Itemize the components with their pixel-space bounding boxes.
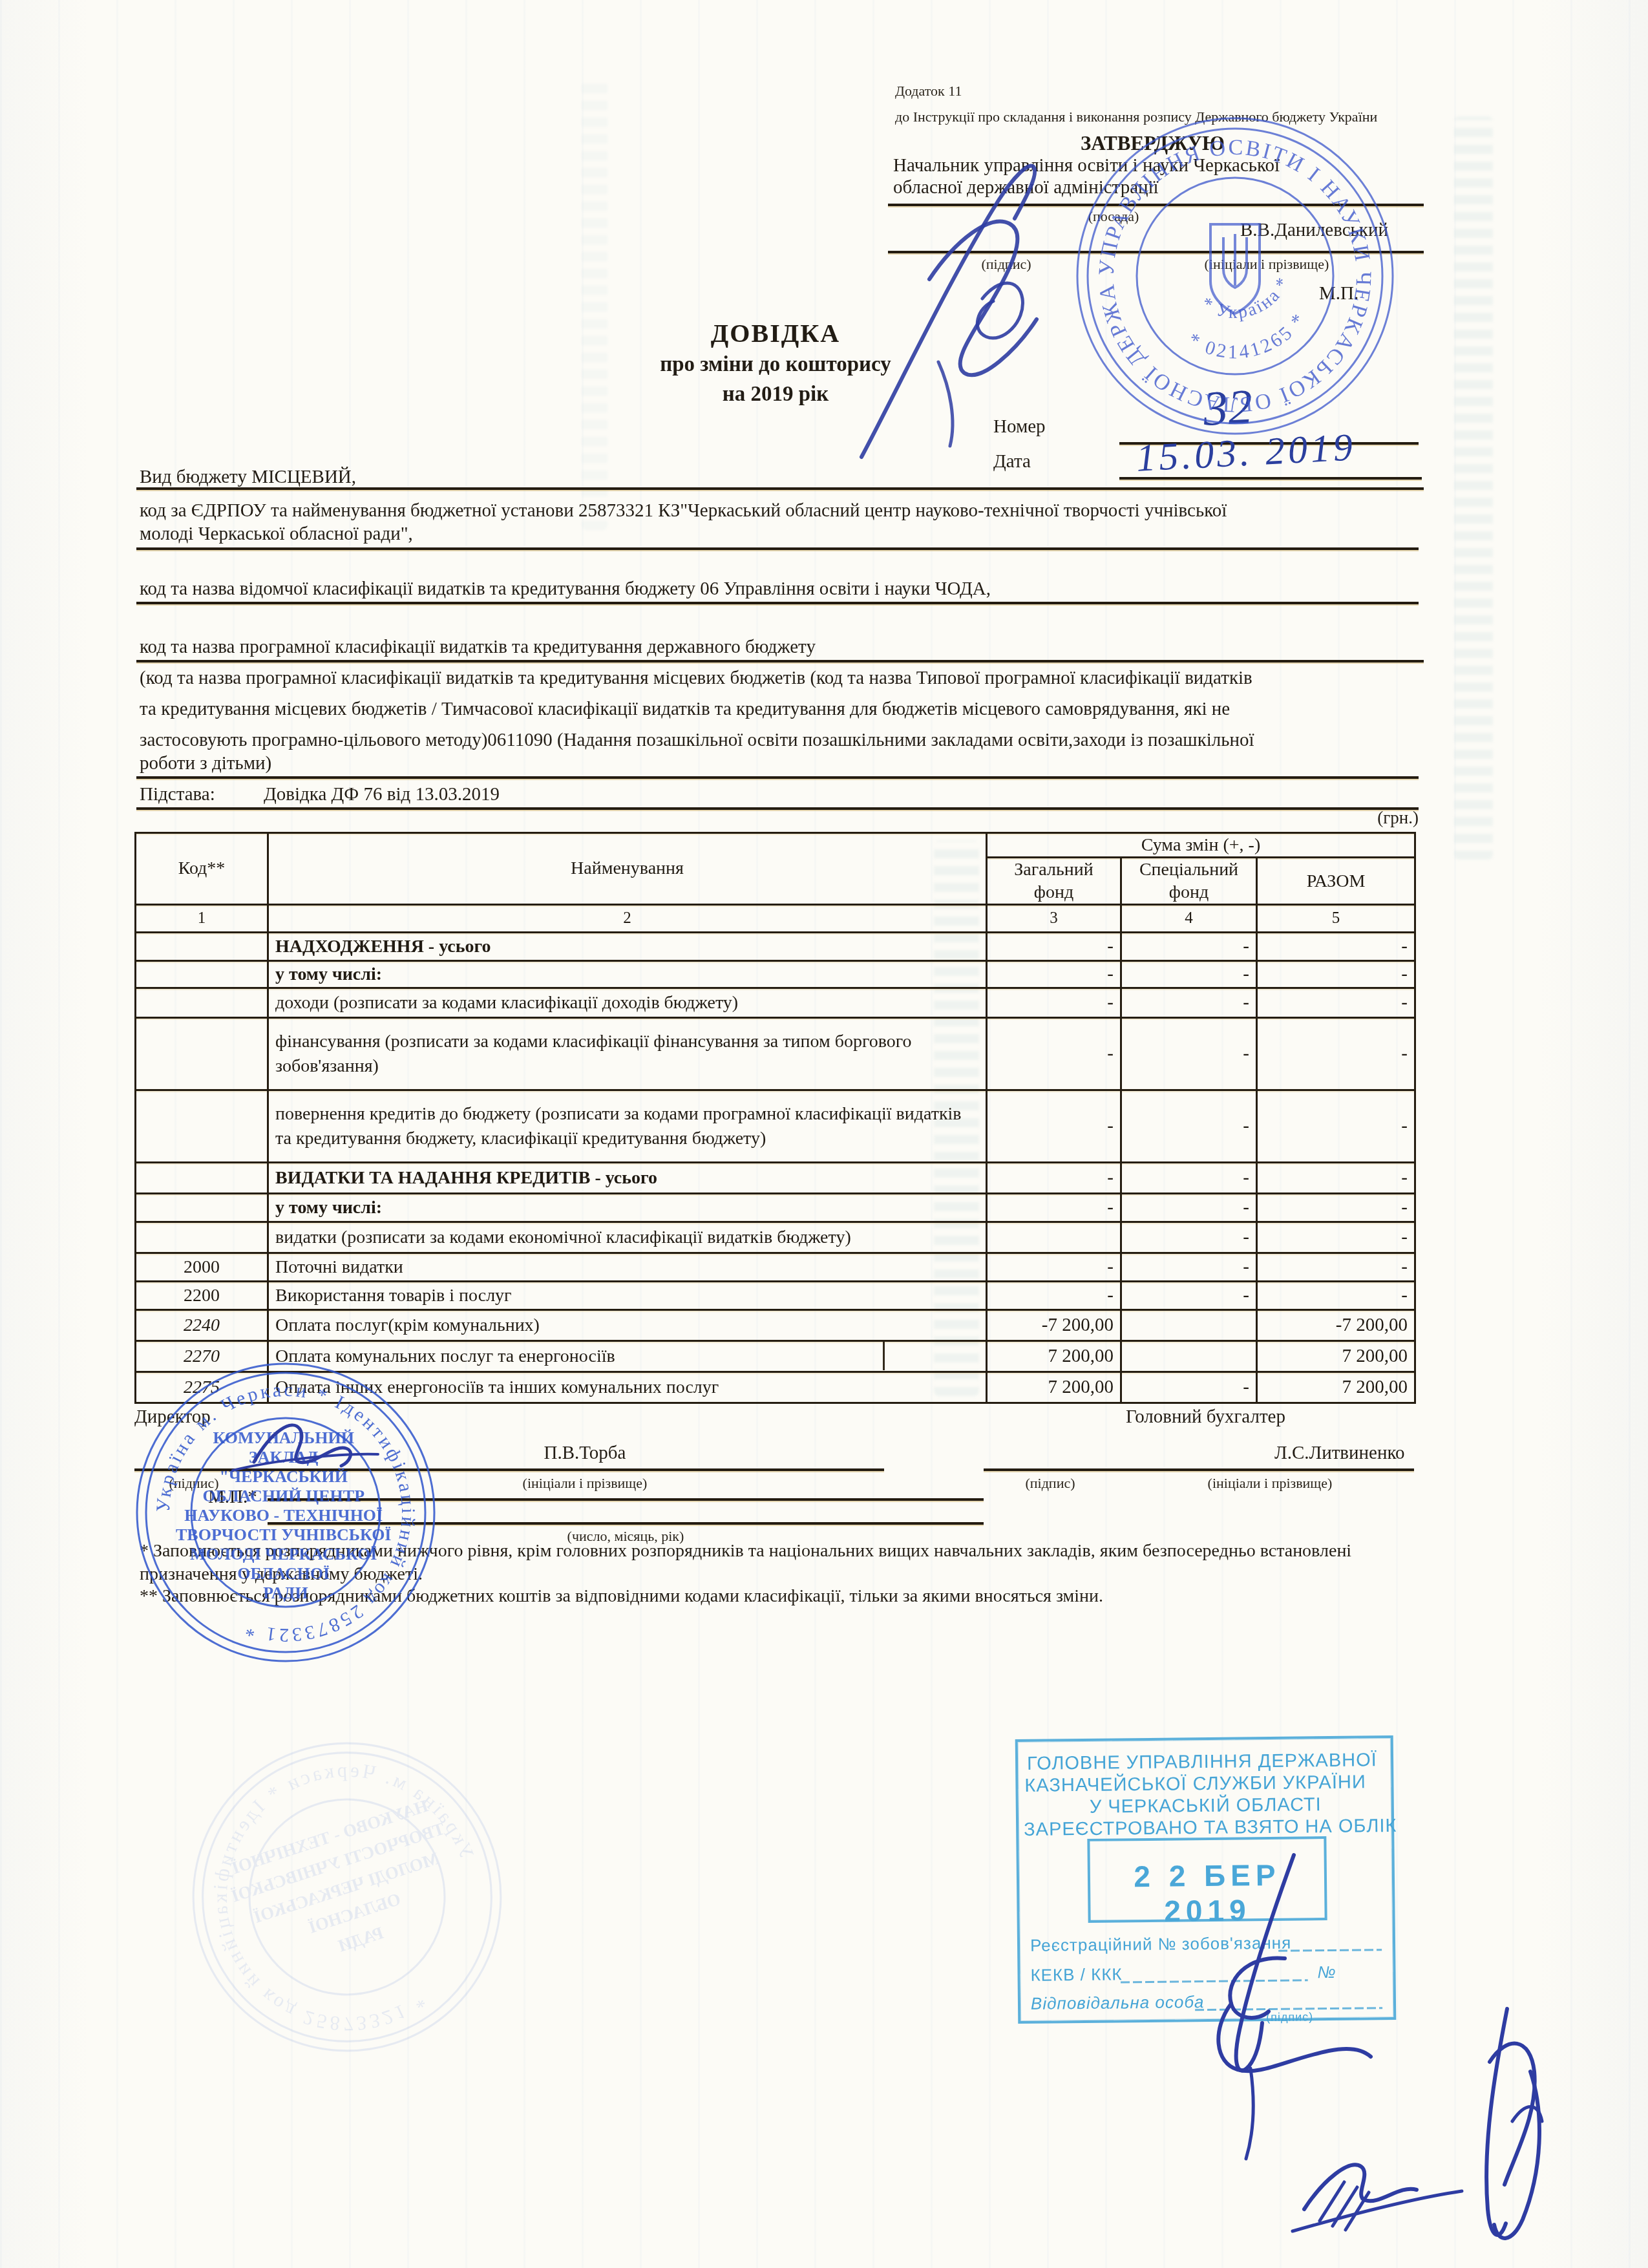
vidomcha-rule [136,602,1419,604]
col-number: 3 [987,905,1121,933]
accountant-label: Головний бухгалтер [1126,1406,1285,1428]
row-name: доходи (розписати за кодами класифікації… [268,988,987,1018]
director-initials-caption: (ініціали і прізвище) [488,1475,682,1492]
row-name: Оплата комунальних послуг та енергоносії… [268,1341,987,1372]
treasury-date: 2 2 БЕР 2019 [1090,1857,1325,1929]
seal-mark-top: М.П. [1319,283,1358,304]
field-edrpou-line2: молоді Черкаської обласної ради", [140,524,413,545]
edrpou-rule [136,547,1419,550]
appendix-number: Додаток 11 [895,83,962,100]
row-special-fund: - [1121,1253,1257,1282]
footnote-1-line2: призначення у державному бюджеті. [140,1564,423,1585]
director-signature-rule [134,1468,884,1471]
row-general-fund: - [987,1253,1121,1282]
treasury-line1: ГОЛОВНЕ УПРАВЛІННЯ ДЕРЖАВНОЇ [1027,1750,1377,1775]
accountant-initials-caption: (ініціали і прізвище) [1173,1475,1367,1492]
treasury-sign-caption: (підпис) [1266,2010,1313,2024]
row-special-fund: - [1121,1282,1257,1310]
row-general-fund: -7 200,00 [987,1310,1121,1341]
row-general-fund [987,1222,1121,1253]
row-general-fund: - [987,933,1121,961]
row-special-fund: - [1121,1194,1257,1222]
row-code [136,1222,268,1253]
table-row: у тому числі:--- [136,1194,1415,1222]
pidstava-label: Підстава: [140,784,215,805]
institution-center-line: КОМУНАЛЬНИЙ [213,1428,354,1447]
approver-signature-rule [888,251,1424,253]
svg-text:НАУКОВО - ТЕХНІЧНОЇ ТВ: НАУКОВО - ТЕХНІЧНОЇ ТВОРЧОСТІ УЧНІВСЬКОЇ… [217,1793,472,1983]
date-rule [1119,477,1422,480]
row-special-fund: - [1121,1372,1257,1403]
bottom-right-signature-tall [1486,2009,1542,2238]
treasury-person-label: Відповідальна особа [1031,1992,1205,2014]
table-row: 2275Оплата інших енергоносіїв та інших к… [136,1372,1415,1403]
date-fill-rule-2 [268,1522,984,1525]
treasury-reg-label: Реєстраційний № зобов'язання [1030,1933,1291,1956]
table-row: НАДХОДЖЕННЯ - усього--- [136,933,1415,961]
row-total: - [1257,1222,1415,1253]
signature-caption: (підпис) [961,256,1051,273]
row-name: фінансування (розписати за кодами класиф… [268,1018,987,1090]
row-total: 7 200,00 [1257,1372,1415,1403]
budget-type-rule [136,487,1424,490]
approver-position-line2: обласної державної адміністрації [893,177,1159,198]
field-vidomcha: код та назва відомчої класифікації видат… [140,578,991,600]
row-code [136,1018,268,1090]
row-name: ВИДАТКИ ТА НАДАННЯ КРЕДИТІВ - усього [268,1163,987,1194]
table-row: ВИДАТКИ ТА НАДАННЯ КРЕДИТІВ - усього--- [136,1163,1415,1194]
treasury-reg-line [1278,1949,1382,1952]
appendix-instruction: до Інструкції про складання і виконання … [895,109,1377,125]
initials-caption: (ініціали і прізвище) [1170,256,1364,273]
table-row: видатки (розписати за кодами економічної… [136,1222,1415,1253]
approver-name: В.В.Данилевський [1240,220,1388,241]
col-number: 5 [1257,905,1415,933]
row-code [136,988,268,1018]
row-code [136,1194,268,1222]
row-special-fund: - [1121,1090,1257,1163]
row-name: Поточні видатки [268,1253,987,1282]
institution-center-line: ЗАКЛАД [249,1448,319,1467]
accountant-signature-rule [984,1468,1414,1471]
row-total: - [1257,961,1415,988]
paragraph-line2: та кредитування місцевих бюджетів / Тимч… [140,699,1230,720]
scan-artifact-line [883,1342,885,1370]
row-total: - [1257,1090,1415,1163]
table-row: доходи (розписати за кодами класифікації… [136,988,1415,1018]
row-code [136,933,268,961]
doc-title-line2: про зміни до кошторису [646,353,905,377]
row-total: - [1257,1282,1415,1310]
row-special-fund [1121,1310,1257,1341]
row-total: - [1257,933,1415,961]
table-row: у тому числі:--- [136,961,1415,988]
table-row: повернення кредитів до бюджету (розписат… [136,1090,1415,1163]
paragraph-line4: роботи з дітьми) [140,753,271,774]
row-total: -7 200,00 [1257,1310,1415,1341]
row-special-fund: - [1121,961,1257,988]
col-number: 1 [136,905,268,933]
date-fill-rule-1 [268,1498,984,1501]
table-row: 2000Поточні видатки--- [136,1253,1415,1282]
accountant-name: Л.С.Литвиненко [1274,1443,1405,1464]
treasury-line3: У ЧЕРКАСЬКІЙ ОБЛАСТІ [1090,1794,1322,1818]
date-handwritten: 15.03. 2019 [1135,425,1357,481]
row-general-fund: - [987,1163,1121,1194]
col-number: 4 [1121,905,1257,933]
table-row: 2200Використання товарів і послуг--- [136,1282,1415,1310]
budget-changes-table: Код** Найменування Сума змін (+, -) Зага… [134,832,1416,1404]
row-general-fund: - [987,1090,1121,1163]
table-number-row: 1 2 3 4 5 [136,905,1415,933]
bleedthrough-ring-text: Україна м. Черкаси * Ідентифікаційний ко… [173,1722,522,2072]
col-header-sum: Сума змін (+, -) [987,833,1415,858]
treasury-line2: КАЗНАЧЕЙСЬКОЇ СЛУЖБИ УКРАЇНИ [1024,1772,1366,1797]
row-special-fund: - [1121,1163,1257,1194]
row-name: Використання товарів і послуг [268,1282,987,1310]
programna-rule [136,660,1424,662]
bottom-right-signature-small [1293,2165,1462,2231]
budget-table-body: Код** Найменування Сума змін (+, -) Зага… [136,833,1415,1403]
row-code: 2000 [136,1253,268,1282]
row-special-fund: - [1121,933,1257,961]
approver-position-line1: Начальник управління освіти і науки Черк… [893,155,1280,176]
row-total: - [1257,1163,1415,1194]
row-name: у тому числі: [268,1194,987,1222]
row-special-fund: - [1121,1222,1257,1253]
row-total: - [1257,988,1415,1018]
row-code [136,1090,268,1163]
director-name: П.В.Торба [456,1443,714,1464]
col-header-code: Код** [136,833,268,905]
number-label: Номер [993,416,1046,438]
row-general-fund: - [987,961,1121,988]
table-header-row-1: Код** Найменування Сума змін (+, -) [136,833,1415,858]
row-special-fund: - [1121,988,1257,1018]
scanned-budget-certificate-page: Додаток 11 до Інструкції про складання і… [0,0,1648,2268]
field-edrpou-line1: код за ЄДРПОУ та найменування бюджетної … [140,500,1227,522]
svg-text:* 02141265 *: * 02141265 * [1184,308,1311,363]
row-general-fund: - [987,1282,1121,1310]
row-name: НАДХОДЖЕННЯ - усього [268,933,987,961]
col-header-special-fund: Спеціальний фонд [1121,858,1257,905]
footnote-2: ** Заповнюється розпорядниками бюджетних… [140,1586,1103,1607]
bleedthrough-streak [582,78,607,530]
doc-title-line3: на 2019 рік [646,383,905,407]
row-code [136,961,268,988]
row-total: - [1257,1018,1415,1090]
row-name: у тому числі: [268,961,987,988]
col-header-general-fund: Загальний фонд [987,858,1121,905]
svg-text:* Україна *: * Україна * [1198,273,1294,323]
row-code [136,1163,268,1194]
row-general-fund: - [987,1018,1121,1090]
row-total: - [1257,1194,1415,1222]
doc-title-line1: ДОВІДКА [646,318,905,348]
row-general-fund: 7 200,00 [987,1341,1121,1372]
row-special-fund [1121,1341,1257,1372]
treasury-no-label: № [1317,1962,1336,1982]
seal-mark-bottom: М.П.* [208,1487,257,1508]
row-general-fund: - [987,1194,1121,1222]
row-code: 2275 [136,1372,268,1403]
table-row: 2240Оплата послуг(крім комунальних)-7 20… [136,1310,1415,1341]
accountant-signature-caption: (підпис) [1005,1475,1095,1492]
pidstava-value: Довідка ДФ 76 від 13.03.2019 [264,784,500,805]
row-total: - [1257,1253,1415,1282]
col-header-total: РАЗОМ [1257,858,1415,905]
row-name: Оплата послуг(крім комунальних) [268,1310,987,1341]
paragraph-line3: застосовують програмно-цільового методу)… [140,730,1254,751]
bleedthrough-mirrored-stamp: Україна м. Черкаси * Ідентифікаційний ко… [149,1699,545,2095]
row-total: 7 200,00 [1257,1341,1415,1372]
bleedthrough-streak [1454,116,1493,860]
table-row: 2270Оплата комунальних послуг та енергон… [136,1341,1415,1372]
treasury-date-box: 2 2 БЕР 2019 [1087,1836,1327,1923]
director-ink-signature [233,1425,378,1470]
row-name: Оплата інших енергоносіїв та інших комун… [268,1372,987,1403]
treasury-kekv-line [1121,1979,1308,1983]
number-handwritten: 32 [1202,379,1254,438]
svg-text:Україна м. Черкаси * Ідентифік: Україна м. Черкаси * Ідентифікаційний ко… [173,1722,522,2072]
approve-heading: ЗАТВЕРДЖУЮ [1081,132,1225,155]
paragraph-rule [136,776,1419,779]
row-special-fund: - [1121,1018,1257,1090]
currency-note: (грн.) [1293,808,1419,828]
row-code: 2270 [136,1341,268,1372]
stamp-code-arc: * 02141265 * [1184,308,1311,363]
table-row: фінансування (розписати за кодами класиф… [136,1018,1415,1090]
field-budget-type: Вид бюджету МІСЦЕВИЙ, [140,467,356,488]
footnote-1-line1: * Заповнюється розпорядниками нижчого рі… [140,1541,1351,1562]
row-general-fund: 7 200,00 [987,1372,1121,1403]
position-caption: (посада) [1068,208,1159,225]
treasury-registration-stamp: ГОЛОВНЕ УПРАВЛІННЯ ДЕРЖАВНОЇ КАЗНАЧЕЙСЬК… [1015,1735,1397,2024]
stamp-country-arc: * Україна * [1198,273,1294,323]
director-label: Директор [134,1406,211,1428]
row-name: повернення кредитів до бюджету (розписат… [268,1090,987,1163]
col-header-name: Найменування [268,833,987,905]
paragraph-line1: (код та назва програмної класифікації ви… [140,668,1252,689]
row-general-fund: - [987,988,1121,1018]
position-rule [888,204,1424,206]
col-number: 2 [268,905,987,933]
row-code: 2200 [136,1282,268,1310]
treasury-kekv-label: КЕКВ / ККК [1030,1964,1122,1985]
pidstava-rule [136,807,1419,810]
row-code: 2240 [136,1310,268,1341]
date-label: Дата [993,451,1031,472]
approver-signature [861,165,1037,457]
row-name: видатки (розписати за кодами економічної… [268,1222,987,1253]
field-programna: код та назва програмної класифікації вид… [140,637,816,658]
